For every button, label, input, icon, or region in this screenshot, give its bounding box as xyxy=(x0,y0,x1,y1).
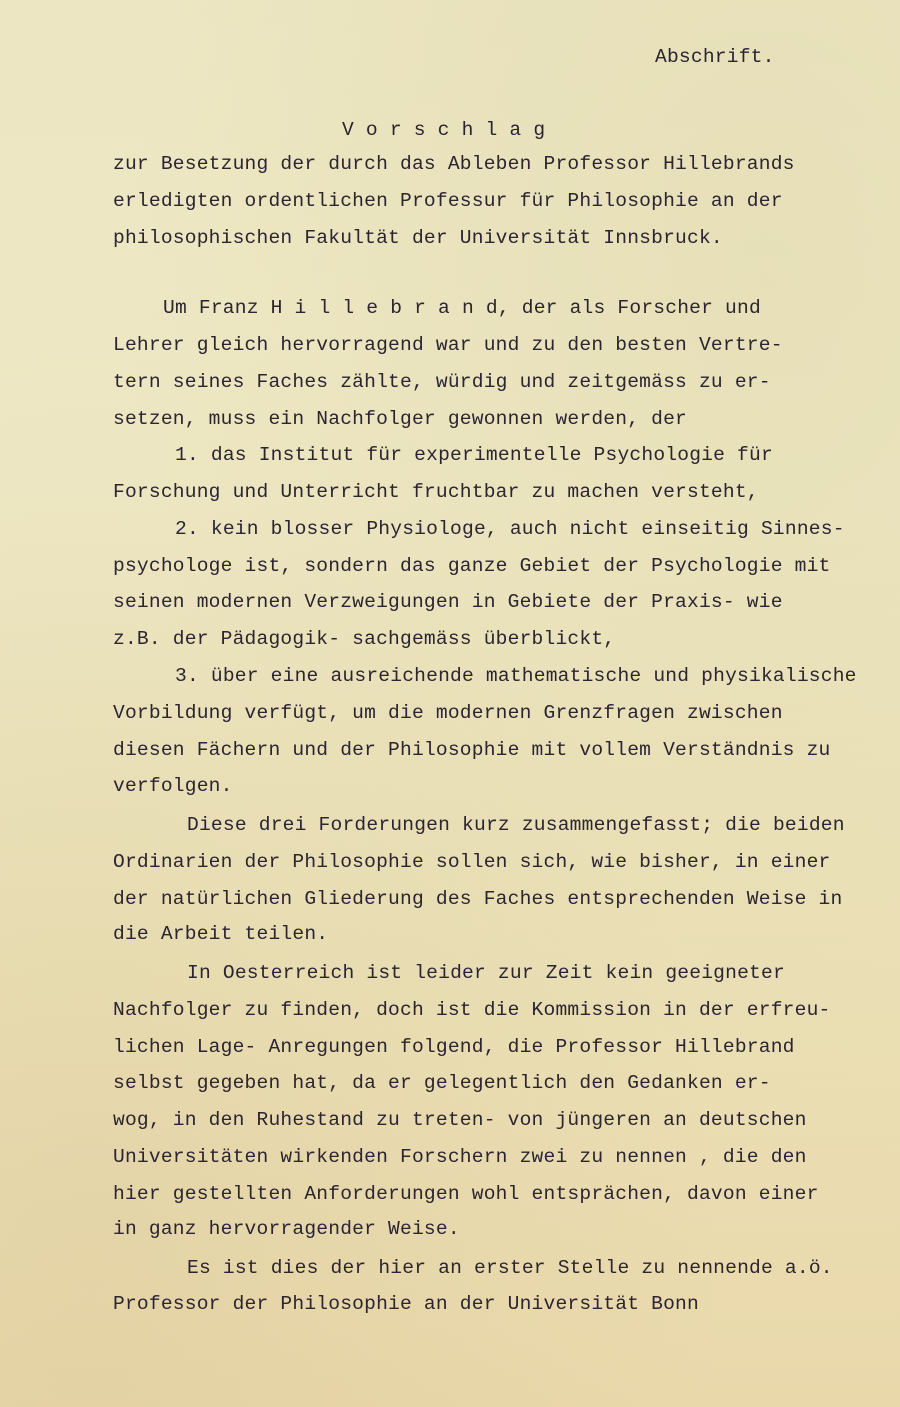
body-line: Vorbildung verfügt, um die modernen Gren… xyxy=(113,701,783,725)
body-line: Lehrer gleich hervorragend war und zu de… xyxy=(113,333,783,357)
body-line: Um Franz H i l l e b r a n d, der als Fo… xyxy=(163,296,761,320)
subtitle-line: zur Besetzung der durch das Ableben Prof… xyxy=(113,152,795,176)
body-line: die Arbeit teilen. xyxy=(113,922,328,946)
body-line: psychologe ist, sondern das ganze Gebiet… xyxy=(113,554,831,578)
body-line: Ordinarien der Philosophie sollen sich, … xyxy=(113,850,831,874)
body-line: seinen modernen Verzweigungen in Gebiete… xyxy=(113,590,783,614)
list-item-1: 1. das Institut für experimentelle Psych… xyxy=(175,443,773,467)
body-line: In Oesterreich ist leider zur Zeit kein … xyxy=(187,961,785,985)
header-label: Abschrift. xyxy=(655,45,775,69)
body-line: Universitäten wirkenden Forschern zwei z… xyxy=(113,1145,807,1169)
body-line: Professor der Philosophie an der Univers… xyxy=(113,1292,699,1316)
body-line: setzen, muss ein Nachfolger gewonnen wer… xyxy=(113,407,687,431)
document-title: V o r s c h l a g xyxy=(342,118,545,142)
body-line: in ganz hervorragender Weise. xyxy=(113,1217,460,1241)
subtitle-line: philosophischen Fakultät der Universität… xyxy=(113,226,723,250)
body-line: Es ist dies der hier an erster Stelle zu… xyxy=(187,1256,833,1280)
body-line: der natürlichen Gliederung des Faches en… xyxy=(113,887,842,911)
list-item-3: 3. über eine ausreichende mathematische … xyxy=(175,664,857,688)
body-line: verfolgen. xyxy=(113,774,233,798)
body-line: lichen Lage- Anregungen folgend, die Pro… xyxy=(113,1035,795,1059)
body-line: z.B. der Pädagogik- sachgemäss überblick… xyxy=(113,627,615,651)
body-line: wog, in den Ruhestand zu treten- von jün… xyxy=(113,1108,807,1132)
body-line: tern seines Faches zählte, würdig und ze… xyxy=(113,370,771,394)
document-page: Abschrift. V o r s c h l a g zur Besetzu… xyxy=(0,0,900,1407)
list-item-2: 2. kein blosser Physiologe, auch nicht e… xyxy=(175,517,845,541)
body-line: Nachfolger zu finden, doch ist die Kommi… xyxy=(113,998,831,1022)
body-line: Forschung und Unterricht fruchtbar zu ma… xyxy=(113,480,759,504)
subtitle-line: erledigten ordentlichen Professur für Ph… xyxy=(113,189,783,213)
body-line: hier gestellten Anforderungen wohl entsp… xyxy=(113,1182,819,1206)
body-line: selbst gegeben hat, da er gelegentlich d… xyxy=(113,1071,771,1095)
body-line: diesen Fächern und der Philosophie mit v… xyxy=(113,738,831,762)
body-line: Diese drei Forderungen kurz zusammengefa… xyxy=(187,813,845,837)
